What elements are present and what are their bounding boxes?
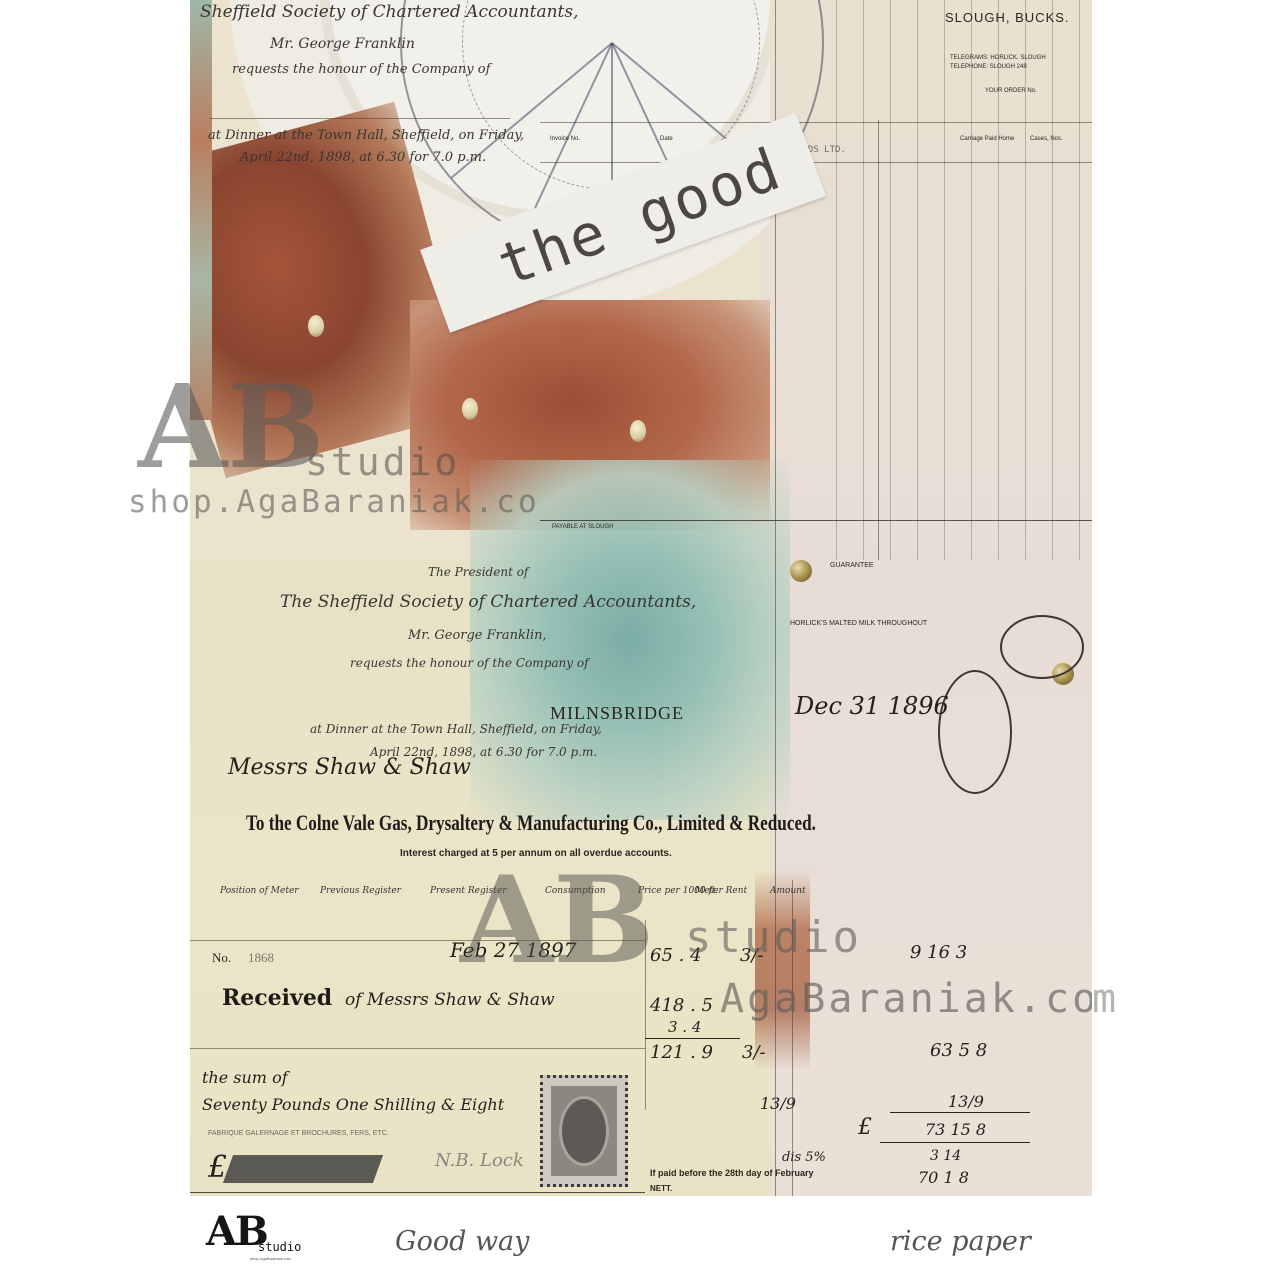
watermark-studio-center: studio [685, 912, 862, 963]
brand-logo-sub: studio [258, 1240, 301, 1254]
receipt-number: 1868 [248, 950, 274, 966]
invoice-place: MILNSBRIDGE [550, 703, 684, 724]
invoice-reading: 121 . 9 [650, 1042, 713, 1063]
receipt-received-label: Received [222, 985, 332, 1011]
stamp-field [551, 1086, 617, 1176]
invoice-footer-note: If paid before the 28th day of February [650, 1168, 814, 1178]
invoice-amount: 63 5 8 [930, 1040, 987, 1061]
ledger-column-lines [810, 0, 1090, 560]
letterhead-telephone: TELEPHONE: SLOUGH 248 [950, 64, 1027, 70]
rule [880, 1142, 1030, 1143]
design-name: Good way [395, 1226, 529, 1257]
watermark-logo: AB [138, 360, 324, 495]
invoice-nett: NETT. [650, 1184, 672, 1193]
receipt-printer-line: FABRIQUE GALERNAGE ET BROCHURES, FERS, E… [208, 1130, 389, 1137]
string-loop [938, 670, 1012, 794]
postage-stamp [540, 1075, 628, 1187]
rule [540, 520, 1092, 521]
invoice-total: 73 15 8 [925, 1120, 986, 1139]
invitation-line: at Dinner at the Town Hall, Sheffield, o… [208, 128, 524, 143]
horlick-line: HORLICK'S MALTED MILK THROUGHOUT [790, 620, 927, 627]
watermark-studio: studio [305, 440, 460, 484]
watermark-url-overflow: m [1092, 976, 1152, 1022]
invoice-price: 3/- [742, 1042, 766, 1063]
stamp-portrait [559, 1096, 609, 1166]
column-header: Carriage Paid Home [960, 136, 1014, 142]
rule [190, 1192, 645, 1193]
invoice-column: Previous Register [320, 886, 401, 896]
invitation-line: at Dinner at the Town Hall, Sheffield, o… [310, 722, 602, 736]
guarantee-heading: GUARANTEE [830, 562, 874, 569]
rule [540, 122, 1092, 123]
rule [210, 118, 510, 119]
invitation-line: April 22nd, 1898, at 6.30 for 7.0 p.m. [240, 150, 486, 165]
column-header: Date [660, 136, 673, 142]
invoice-discount: 3 14 [930, 1148, 961, 1164]
receipt-amount-box [223, 1155, 383, 1183]
rice-paper-artwork: Sheffield Society of Chartered Accountan… [190, 0, 1092, 1196]
invoice-addressee: Messrs Shaw & Shaw [228, 755, 471, 780]
watermark-url: shop.AgaBaraniak.co [128, 484, 540, 520]
brass-tack [790, 560, 812, 582]
invitation-line: The Sheffield Society of Chartered Accou… [280, 592, 696, 612]
brass-stud [308, 315, 324, 337]
rule [540, 162, 1092, 163]
invitation-line: requests the honour of the Company of [350, 656, 589, 670]
invoice-company: To the Colne Vale Gas, Drysaltery & Manu… [246, 810, 816, 836]
product-type: rice paper [890, 1226, 1031, 1257]
rust-stripe [755, 870, 810, 1070]
receipt-signature: N.B. Lock [435, 1150, 524, 1171]
invoice-column: Amount [770, 886, 806, 896]
watermark-url-center: AgaBaraniak.com [720, 976, 1092, 1022]
invoice-amount: 9 16 3 [910, 942, 967, 963]
invitation-line: Mr. George Franklin, [408, 628, 547, 643]
rule [890, 1112, 1030, 1113]
product-footer: AB studio shop.AgaBaraniak.com Good way … [190, 1196, 1092, 1280]
invoice-subtotal-right: 13/9 [948, 1092, 984, 1111]
ledger-column [878, 120, 879, 560]
left-edge-texture [190, 0, 212, 420]
receipt-number-label: No. [212, 950, 231, 966]
brass-stud [462, 398, 478, 420]
letterhead-town: SLOUGH, BUCKS. [945, 10, 1070, 25]
invitation-line: requests the honour of the Company of [232, 62, 490, 77]
payable-note: PAYABLE AT SLOUGH [552, 524, 613, 530]
invoice-discount-label: dis 5% [782, 1150, 826, 1165]
invoice-date: Dec 31 1896 [795, 692, 949, 720]
string-loop [1000, 615, 1084, 679]
invoice-column: Position of Meter [220, 886, 299, 896]
invoice-reading: 3 . 4 [668, 1018, 701, 1036]
brand-url: shop.AgaBaraniak.com [250, 1256, 291, 1261]
invoice-net: 70 1 8 [918, 1168, 969, 1187]
rule [190, 1048, 645, 1049]
rule [645, 1038, 740, 1039]
invoice-subtotal: 13/9 [760, 1094, 796, 1113]
brass-stud [630, 420, 646, 442]
invitation-line: The President of [428, 565, 528, 579]
column-header: Invoice No. [550, 136, 580, 142]
watermark-logo-center: AB [460, 850, 655, 991]
letterhead-order: YOUR ORDER No. [985, 88, 1037, 94]
receipt-sum-label: the sum of [202, 1068, 288, 1087]
column-header: Cases, Nos. [1030, 136, 1063, 142]
invitation-line: Sheffield Society of Chartered Accountan… [200, 2, 579, 22]
invoice-reading: 418 . 5 [650, 995, 713, 1016]
letterhead-telegrams: TELEGRAMS: HORLICK, SLOUGH [950, 55, 1046, 61]
invoice-column: Meter Rent [695, 886, 747, 896]
receipt-received-from: of Messrs Shaw & Shaw [345, 990, 555, 1010]
invitation-line: Mr. George Franklin [270, 36, 415, 52]
invoice-total-symbol: £ [858, 1115, 872, 1140]
receipt-sum-words: Seventy Pounds One Shilling & Eight [202, 1095, 504, 1114]
